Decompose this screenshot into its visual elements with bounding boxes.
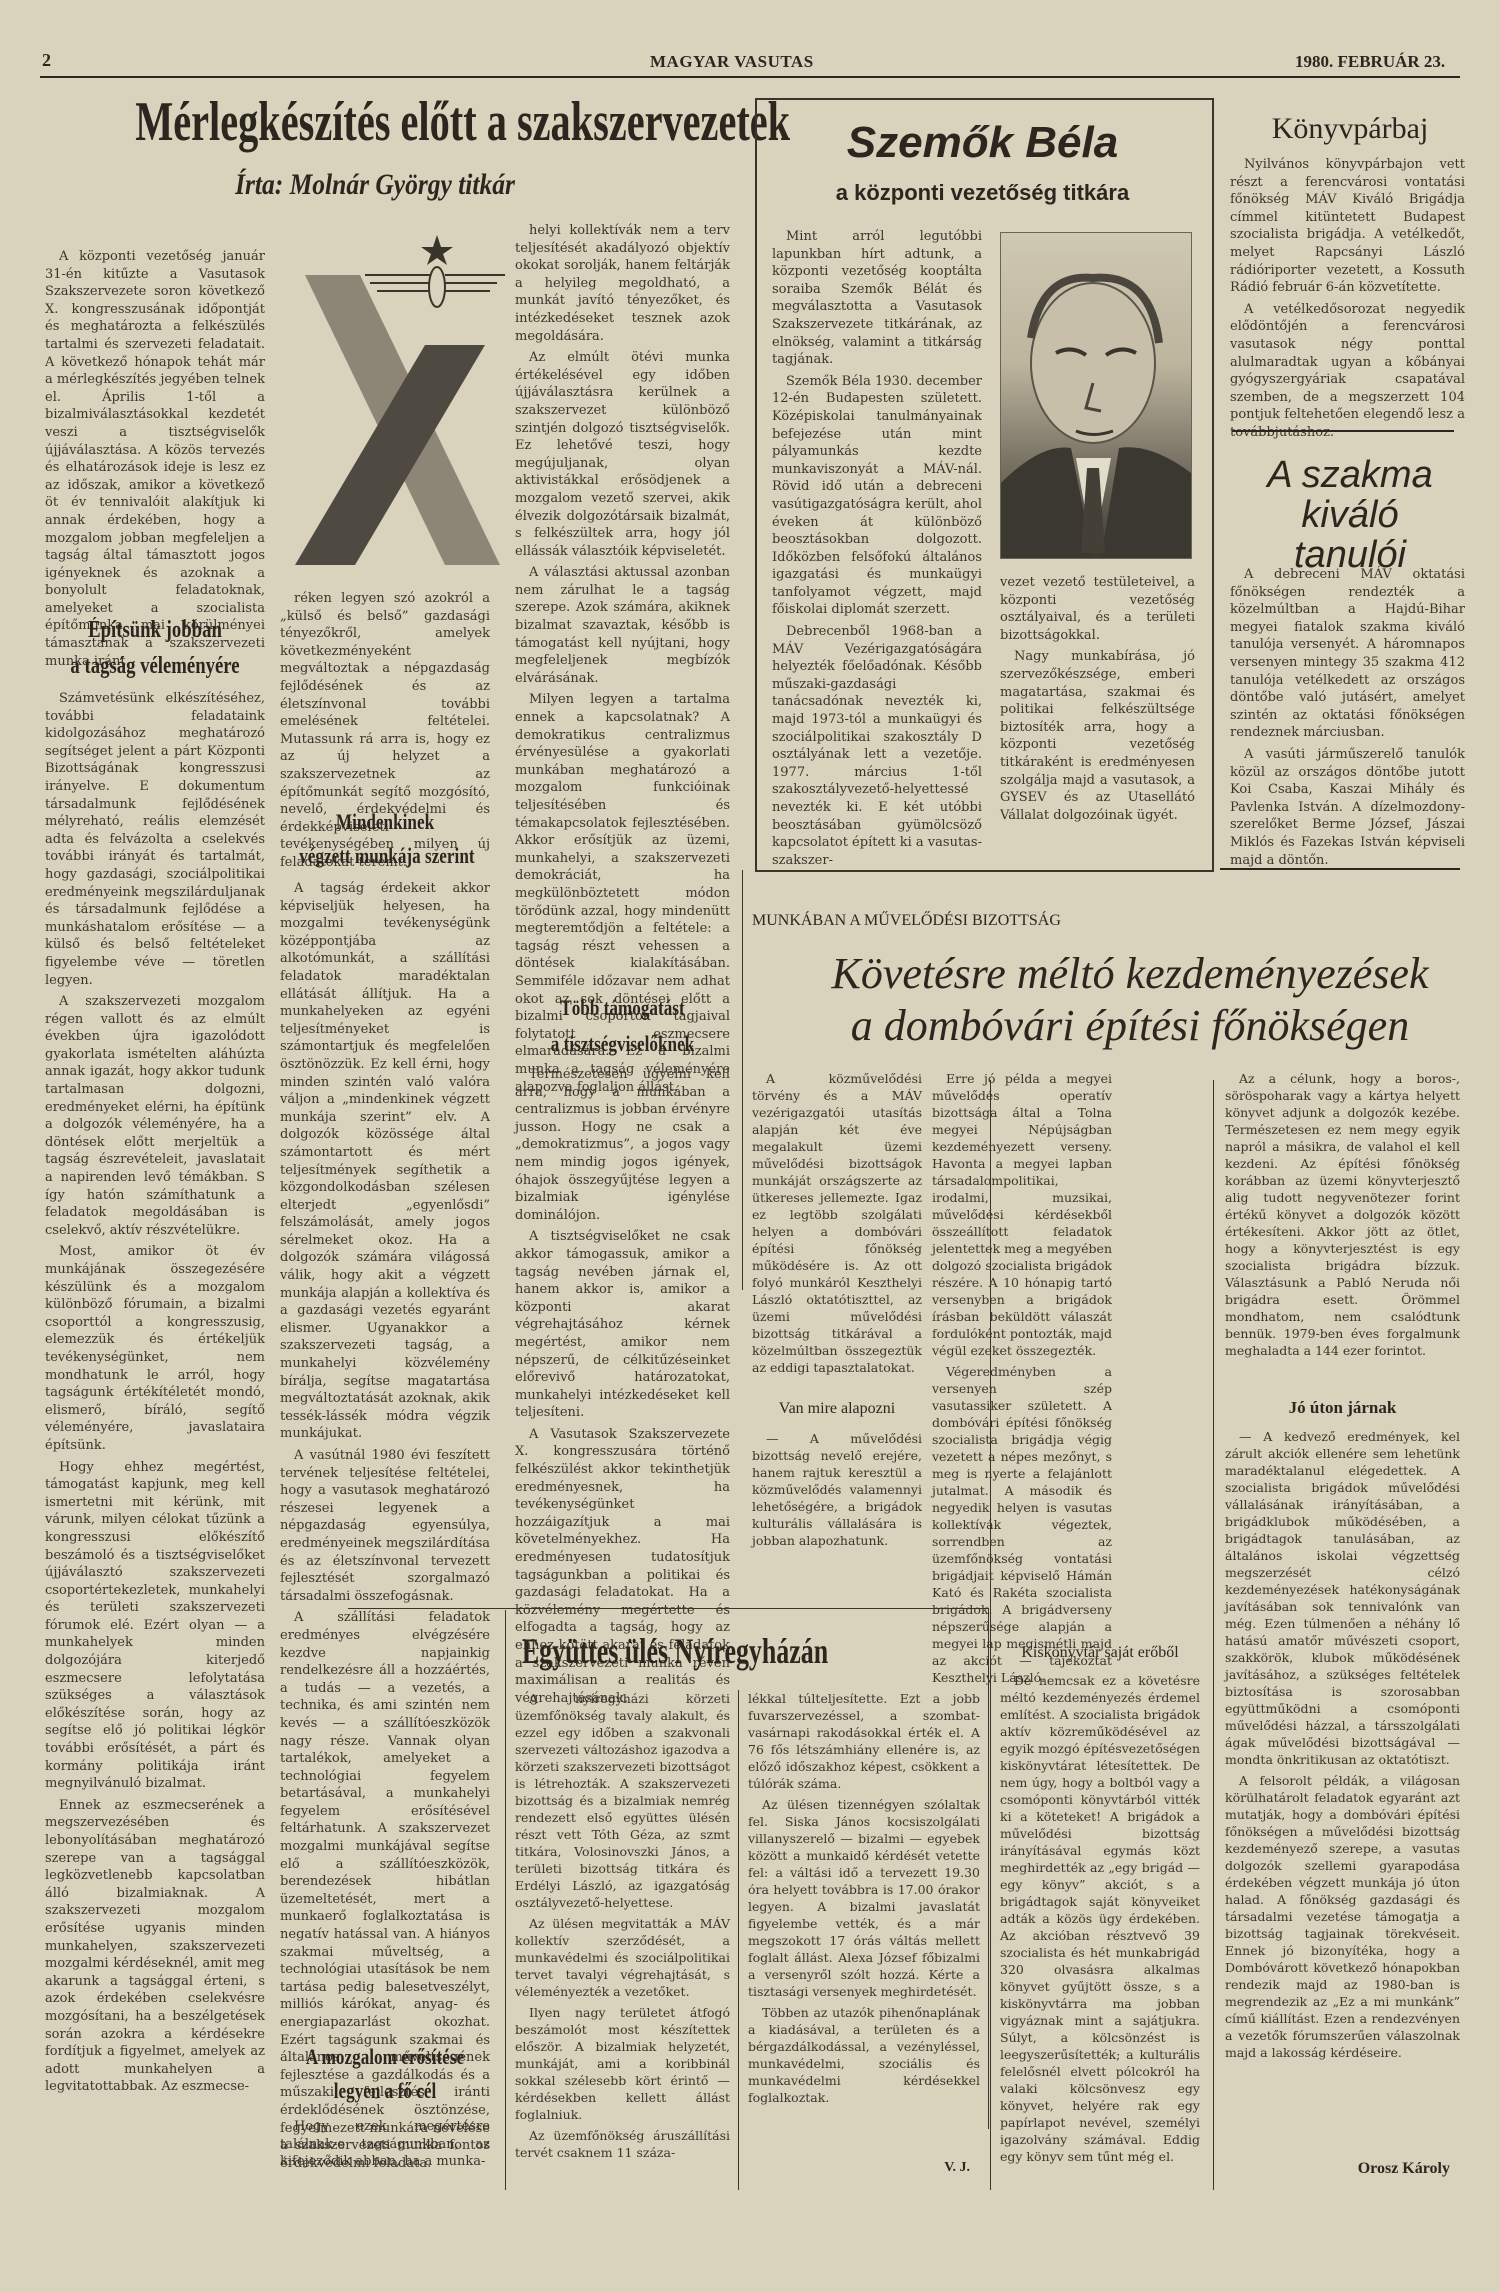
paragraph: A tagság érdekeit akkor képviseljük hely… [280,880,490,1443]
paragraph: Most, amikor öt év munkájának összegezés… [45,1243,265,1454]
paragraph: Ilyen nagy területet átfogó beszámolót m… [515,2004,730,2123]
paragraph: A vasúti járműszerelő tanulók közül az o… [1230,746,1465,869]
paper-name: MAGYAR VASUTAS [650,52,814,72]
subhead-epitsunk: Építsünk jobban a tagság véleményére [65,612,244,684]
szemok-col-2: vezet vezető testületeivel, a központi v… [1000,574,1195,828]
main-col-3: helyi kollektívák nem a terv teljesítésé… [515,222,730,1100]
column-divider [990,1080,991,2190]
paragraph: Ennek az eszmecserének a megszervezésébe… [45,1797,265,2096]
paragraph: — A kedvező eredmények, kel zárult akció… [1225,1428,1460,1768]
paragraph: vezet vezető testületeivel, a központi v… [1000,574,1195,644]
paragraph: — A művelődési bizottság nevelő erejére,… [752,1430,922,1549]
kovetesre-kicker: MUNKÁBAN A MŰVELŐDÉSI BIZOTTSÁG [752,912,1061,930]
egyuttes-col-2: lékkal túlteljesítette. Ezt a jobb fuvar… [748,1690,980,2110]
x-congress-emblem [285,225,505,585]
subhead-jo-uton-jarnak: Jó úton járnak [1225,1398,1460,1418]
paragraph: Szemők Béla 1930. december 12-én Budapes… [772,373,982,619]
konyvparbaj-body: Nyilvános könyvpárbajon vett részt a fer… [1230,156,1465,446]
page-number: 2 [42,50,51,71]
main-article-title: Mérlegkészítés előtt a szakszervezetek [135,90,625,154]
szemok-col-1: Mint arról legutóbbi lapunkban hírt adtu… [772,228,982,873]
kovetesre-col-1b: — A művelődési bizottság nevelő erejére,… [752,1430,922,1553]
egyuttes-col-1: A nyíregyházi körzeti üzemfőnökség taval… [515,1690,730,2165]
paragraph: Az ülésen tizennégyen szólaltak fel. Sis… [748,1796,980,2000]
kovetesre-col-2: Erre jó példa a megyei művelődés operatí… [932,1070,1112,1690]
paragraph: A választási aktussal azonban nem zárulh… [515,564,730,687]
paragraph: A vetélkedősorozat negyedik elődöntőjén … [1230,301,1465,442]
szakma-title: A szakma kiváló tanulói [1230,455,1470,575]
szemok-portrait-photo [1000,232,1192,559]
paragraph: Nagy munkabírása, jó szervezőkészsége, e… [1000,648,1195,824]
kovetesre-col-3: Az a célunk, hogy a boros-, söröspoharak… [1225,1070,1460,1363]
paragraph: Az üzemfőnökség áruszállítási tervét csa… [515,2127,730,2161]
egyuttes-title: Együttes ülés Nyíregyházán [441,1630,909,1672]
paragraph: A felsorolt példák, a világosan körülhat… [1225,1772,1460,2061]
subhead-tobb-tamogatast: Több támogatást a tisztségviselőknek [535,990,711,1062]
kovetesre-col-2b: De nemcsak ez a követésre méltó kezdemén… [1000,1672,1200,2169]
paragraph: Számvetésünk elkészítéséhez, további fel… [45,690,265,989]
paragraph: lékkal túlteljesítette. Ezt a jobb fuvar… [748,1690,980,1792]
masthead-rule [40,76,1460,78]
main-col-1: A központi vezetőség január 31-én kitűzt… [45,248,265,674]
paragraph: Erre jó példa a megyei művelődés operatí… [932,1070,1112,1359]
column-divider [1213,1080,1214,2190]
paragraph: A debreceni MÁV oktatási főnökségen rend… [1230,566,1465,742]
paragraph: Hogy ehhez megértést, támogatást kapjunk… [45,1459,265,1793]
paragraph: Többen az utazók pihenőnaplának a kiadás… [748,2004,980,2106]
paragraph: A tisztségviselőket ne csak akkor támoga… [515,1228,730,1422]
paragraph: Mint arról legutóbbi lapunkban hírt adtu… [772,228,982,369]
szakma-body: A debreceni MÁV oktatási főnökségen rend… [1230,566,1465,873]
subhead-kiskonyvtar: Kiskönyvtár saját erőből [1000,1644,1200,1662]
paragraph: Debrecenből 1968-ban a MÁV Vezérigazgató… [772,623,982,869]
kovetesre-signature: Orosz Károly [1225,2160,1450,2178]
szakma-rule [1220,868,1460,870]
paragraph: De nemcsak ez a követésre méltó kezdemén… [1000,1672,1200,2165]
kovetesre-title: Követésre méltó kezdeményezések a dombóv… [780,948,1480,1052]
paragraph: A közművelődési törvény és a MÁV vezérig… [752,1070,922,1376]
paragraph: A szakszervezeti mozgalom régen vallott … [45,993,265,1239]
issue-date: 1980. FEBRUÁR 23. [1295,52,1445,72]
paragraph: A nyíregyházi körzeti üzemfőnökség taval… [515,1690,730,1911]
konyvparbaj-rule [1232,430,1454,432]
paragraph: A vasútnál 1980 évi feszített tervének t… [280,1447,490,1605]
subhead-mindenkinek: Mindenkinek végzett munkája szerint [299,805,471,873]
subhead-van-mire-alapozni: Van mire alapozni [752,1400,922,1418]
column-divider [505,1610,506,2190]
main-col-1b: Számvetésünk elkészítéséhez, további fel… [45,690,265,2100]
paragraph: Természetesen ügyelni kell arra, hogy a … [515,1066,730,1224]
paragraph: helyi kollektívák nem a terv teljesítésé… [515,222,730,345]
paragraph: Az ülésen megvitatták a MÁV kollektív sz… [515,1915,730,2000]
kovetesre-col-3b: — A kedvező eredmények, kel zárult akció… [1225,1428,1460,2065]
egyuttes-signature: V. J. [748,2160,970,2176]
paragraph: Az a célunk, hogy a boros-, söröspoharak… [1225,1070,1460,1359]
paragraph: A központi vezetőség január 31-én kitűzt… [45,248,265,670]
paragraph: Az elmúlt ötévi munka értékelésével egy … [515,349,730,560]
szemok-subtitle: a központi vezetőség titkára [760,180,1205,206]
paragraph: Nyilvános könyvpárbajon vett részt a fer… [1230,156,1465,297]
column-divider [742,870,743,1290]
column-divider [738,1690,739,2190]
szemok-name: Szemők Béla [760,118,1205,168]
konyvparbaj-title: Könyvpárbaj [1230,112,1470,146]
main-article-byline: Írta: Molnár György titkár [184,168,567,202]
kovetesre-col-1: A közművelődési törvény és a MÁV vezérig… [752,1070,922,1380]
